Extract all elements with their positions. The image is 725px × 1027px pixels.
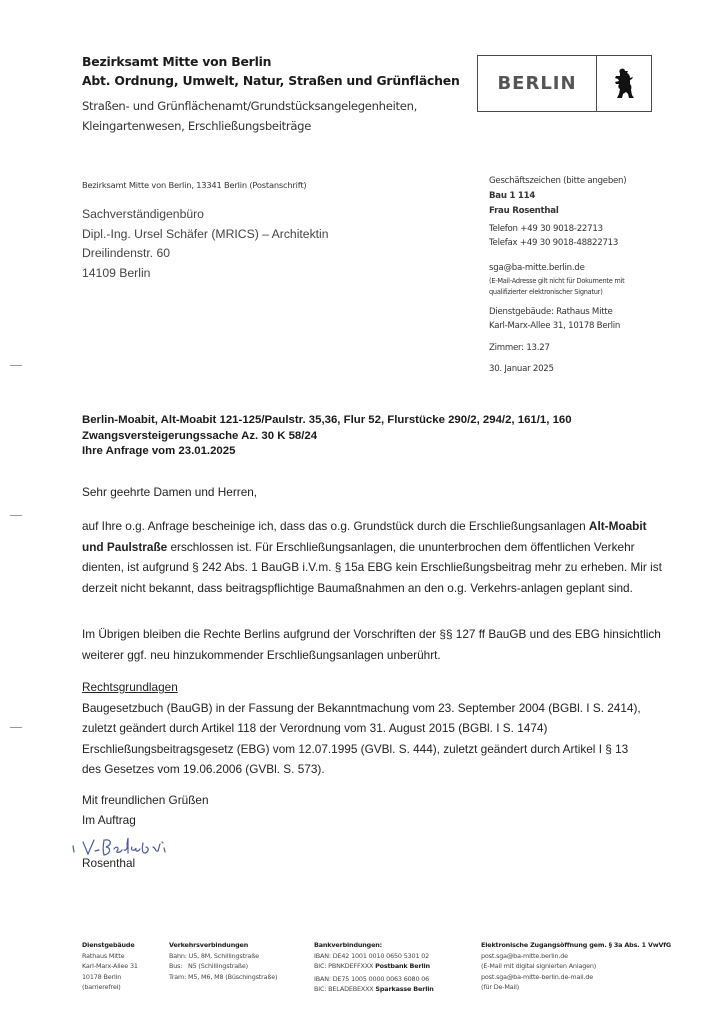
- signer-name: Rosenthal: [82, 853, 662, 874]
- authority-name: Bezirksamt Mitte von Berlin: [82, 54, 271, 69]
- recipient-line: Dreilindenstr. 60: [82, 244, 329, 264]
- email-note-line-2: qualifizierter elektronischer Signatur): [489, 287, 624, 298]
- salutation: Sehr geehrte Damen und Herren,: [82, 482, 662, 503]
- reference-label: Geschäftszeichen (bitte angeben): [489, 176, 626, 186]
- recipient-line: 14109 Berlin: [82, 264, 329, 284]
- footer-building-title: Dienstgebäude: [82, 940, 172, 951]
- footer-demail-link[interactable]: post.sga@ba-mitte-berlin.de-mail.de: [481, 972, 701, 983]
- footer-line: (barrierefrei): [82, 982, 172, 993]
- paragraph-reservation: Im Übrigen bleiben die Rechte Berlins au…: [82, 624, 662, 665]
- footer-line: 10178 Berlin: [82, 972, 172, 983]
- footer-email-link[interactable]: post.sga@ba-mitte.berlin.de: [481, 951, 701, 962]
- footer-line: Karl-Marx-Allee 31: [82, 961, 172, 972]
- p1-text-a: auf Ihre o.g. Anfrage bescheinige ich, d…: [82, 519, 589, 533]
- on-behalf: Im Auftrag: [82, 810, 662, 831]
- email-link[interactable]: sga@ba-mitte.berlin.de: [489, 263, 585, 273]
- footer-transport: Verkehrsverbindungen Bahn: U5, 8M, Schil…: [169, 940, 309, 982]
- footer-transport-title: Verkehrsverbindungen: [169, 940, 309, 951]
- footer-bank-name: Sparkasse Berlin: [375, 985, 433, 993]
- legal-heading: Rechtsgrundlagen: [82, 677, 662, 698]
- berlin-bear-icon: [597, 56, 651, 111]
- reference-number: Bau 1 114: [489, 191, 535, 201]
- logo-wordmark: BERLIN: [478, 56, 597, 111]
- office-line-2: Kleingartenwesen, Erschließungsbeiträge: [82, 116, 482, 136]
- p1-text-b: erschlossen ist. Für Erschließungsanlage…: [82, 540, 662, 595]
- footer-bic: BIC: PBNKDEFFXXX: [314, 962, 375, 970]
- room-number: Zimmer: 13.27: [489, 343, 550, 353]
- paragraph-certification: auf Ihre o.g. Anfrage bescheinige ich, d…: [82, 516, 662, 598]
- building-name: Dienstgebäude: Rathaus Mitte: [489, 307, 612, 317]
- fold-mark: [10, 727, 22, 728]
- contact-person: Frau Rosenthal: [489, 206, 559, 216]
- closing: Mit freundlichen Grüßen: [82, 790, 662, 811]
- footer-building: Dienstgebäude Rathaus Mitte Karl-Marx-Al…: [82, 940, 172, 993]
- building-address: Karl-Marx-Allee 31, 10178 Berlin: [489, 321, 620, 331]
- berlin-logo: BERLIN: [477, 55, 652, 112]
- office-line-1: Straßen- und Grünflächenamt/Grundstücksa…: [82, 96, 482, 116]
- email-note: (E-Mail-Adresse gilt nicht für Dokumente…: [489, 276, 624, 298]
- legal-basis: Rechtsgrundlagen Baugesetzbuch (BauGB) i…: [82, 677, 662, 780]
- footer-iban: IBAN: DE42 1001 0010 0650 5301 02: [314, 951, 484, 962]
- footer-bank-name: Postbank Berlin: [375, 962, 430, 970]
- subject-request-date: Ihre Anfrage vom 23.01.2025: [82, 444, 572, 460]
- footer-electronic-title: Elektronische Zugangsöffnung gem. § 3a A…: [481, 940, 701, 951]
- recipient-line: Sachverständigenbüro: [82, 205, 329, 225]
- letter-date: 30. Januar 2025: [489, 364, 554, 374]
- department-name: Abt. Ordnung, Umwelt, Natur, Straßen und…: [82, 73, 460, 88]
- footer-iban: IBAN: DE75 1005 0000 0063 6080 06: [314, 974, 484, 985]
- phone-number: Telefon +49 30 9018-22713: [489, 224, 603, 234]
- footer-bic-row: BIC: PBNKDEFFXXX Postbank Berlin: [314, 961, 484, 972]
- footer-line: Bahn: U5, 8M, Schillingstraße: [169, 951, 309, 962]
- footer-line: Bus: N5 (Schillingstraße): [169, 961, 309, 972]
- footer-line: Rathaus Mitte: [82, 951, 172, 962]
- subject-property: Berlin-Moabit, Alt-Moabit 121-125/Paulst…: [82, 413, 572, 429]
- recipient-address: Sachverständigenbüro Dipl.-Ing. Ursel Sc…: [82, 205, 329, 283]
- footer-bic-row: BIC: BELADEBEXXX Sparkasse Berlin: [314, 984, 484, 995]
- fold-mark: [10, 365, 22, 366]
- legal-line: zuletzt geändert durch Artikel 118 der V…: [82, 718, 662, 739]
- footer-line: (für De-Mail): [481, 982, 701, 993]
- legal-line: des Gesetzes vom 19.06.2006 (GVBl. S. 57…: [82, 759, 662, 780]
- footer-line: Tram: M5, M6, M8 (Büschingstraße): [169, 972, 309, 983]
- email-note-line-1: (E-Mail-Adresse gilt nicht für Dokumente…: [489, 276, 624, 287]
- footer-electronic-access: Elektronische Zugangsöffnung gem. § 3a A…: [481, 940, 701, 993]
- footer-bank: Bankverbindungen: IBAN: DE42 1001 0010 0…: [314, 940, 484, 995]
- fax-number: Telefax +49 30 9018-48822713: [489, 238, 618, 248]
- footer-bank-title: Bankverbindungen:: [314, 940, 484, 951]
- recipient-line: Dipl.-Ing. Ursel Schäfer (MRICS) – Archi…: [82, 225, 329, 245]
- footer-line: (E-Mail mit digital signierten Anlagen): [481, 961, 701, 972]
- footer-bic: BIC: BELADEBEXXX: [314, 985, 375, 993]
- subject-case-number: Zwangsversteigerungssache Az. 30 K 58/24: [82, 429, 572, 445]
- fold-mark: [10, 515, 22, 516]
- office-description: Straßen- und Grünflächenamt/Grundstücksa…: [82, 96, 482, 136]
- legal-line: Baugesetzbuch (BauGB) in der Fassung der…: [82, 698, 662, 719]
- sender-postal-address: Bezirksamt Mitte von Berlin, 13341 Berli…: [82, 180, 306, 190]
- subject-block: Berlin-Moabit, Alt-Moabit 121-125/Paulst…: [82, 413, 572, 460]
- legal-line: Erschließungsbeitragsgesetz (EBG) vom 12…: [82, 739, 662, 760]
